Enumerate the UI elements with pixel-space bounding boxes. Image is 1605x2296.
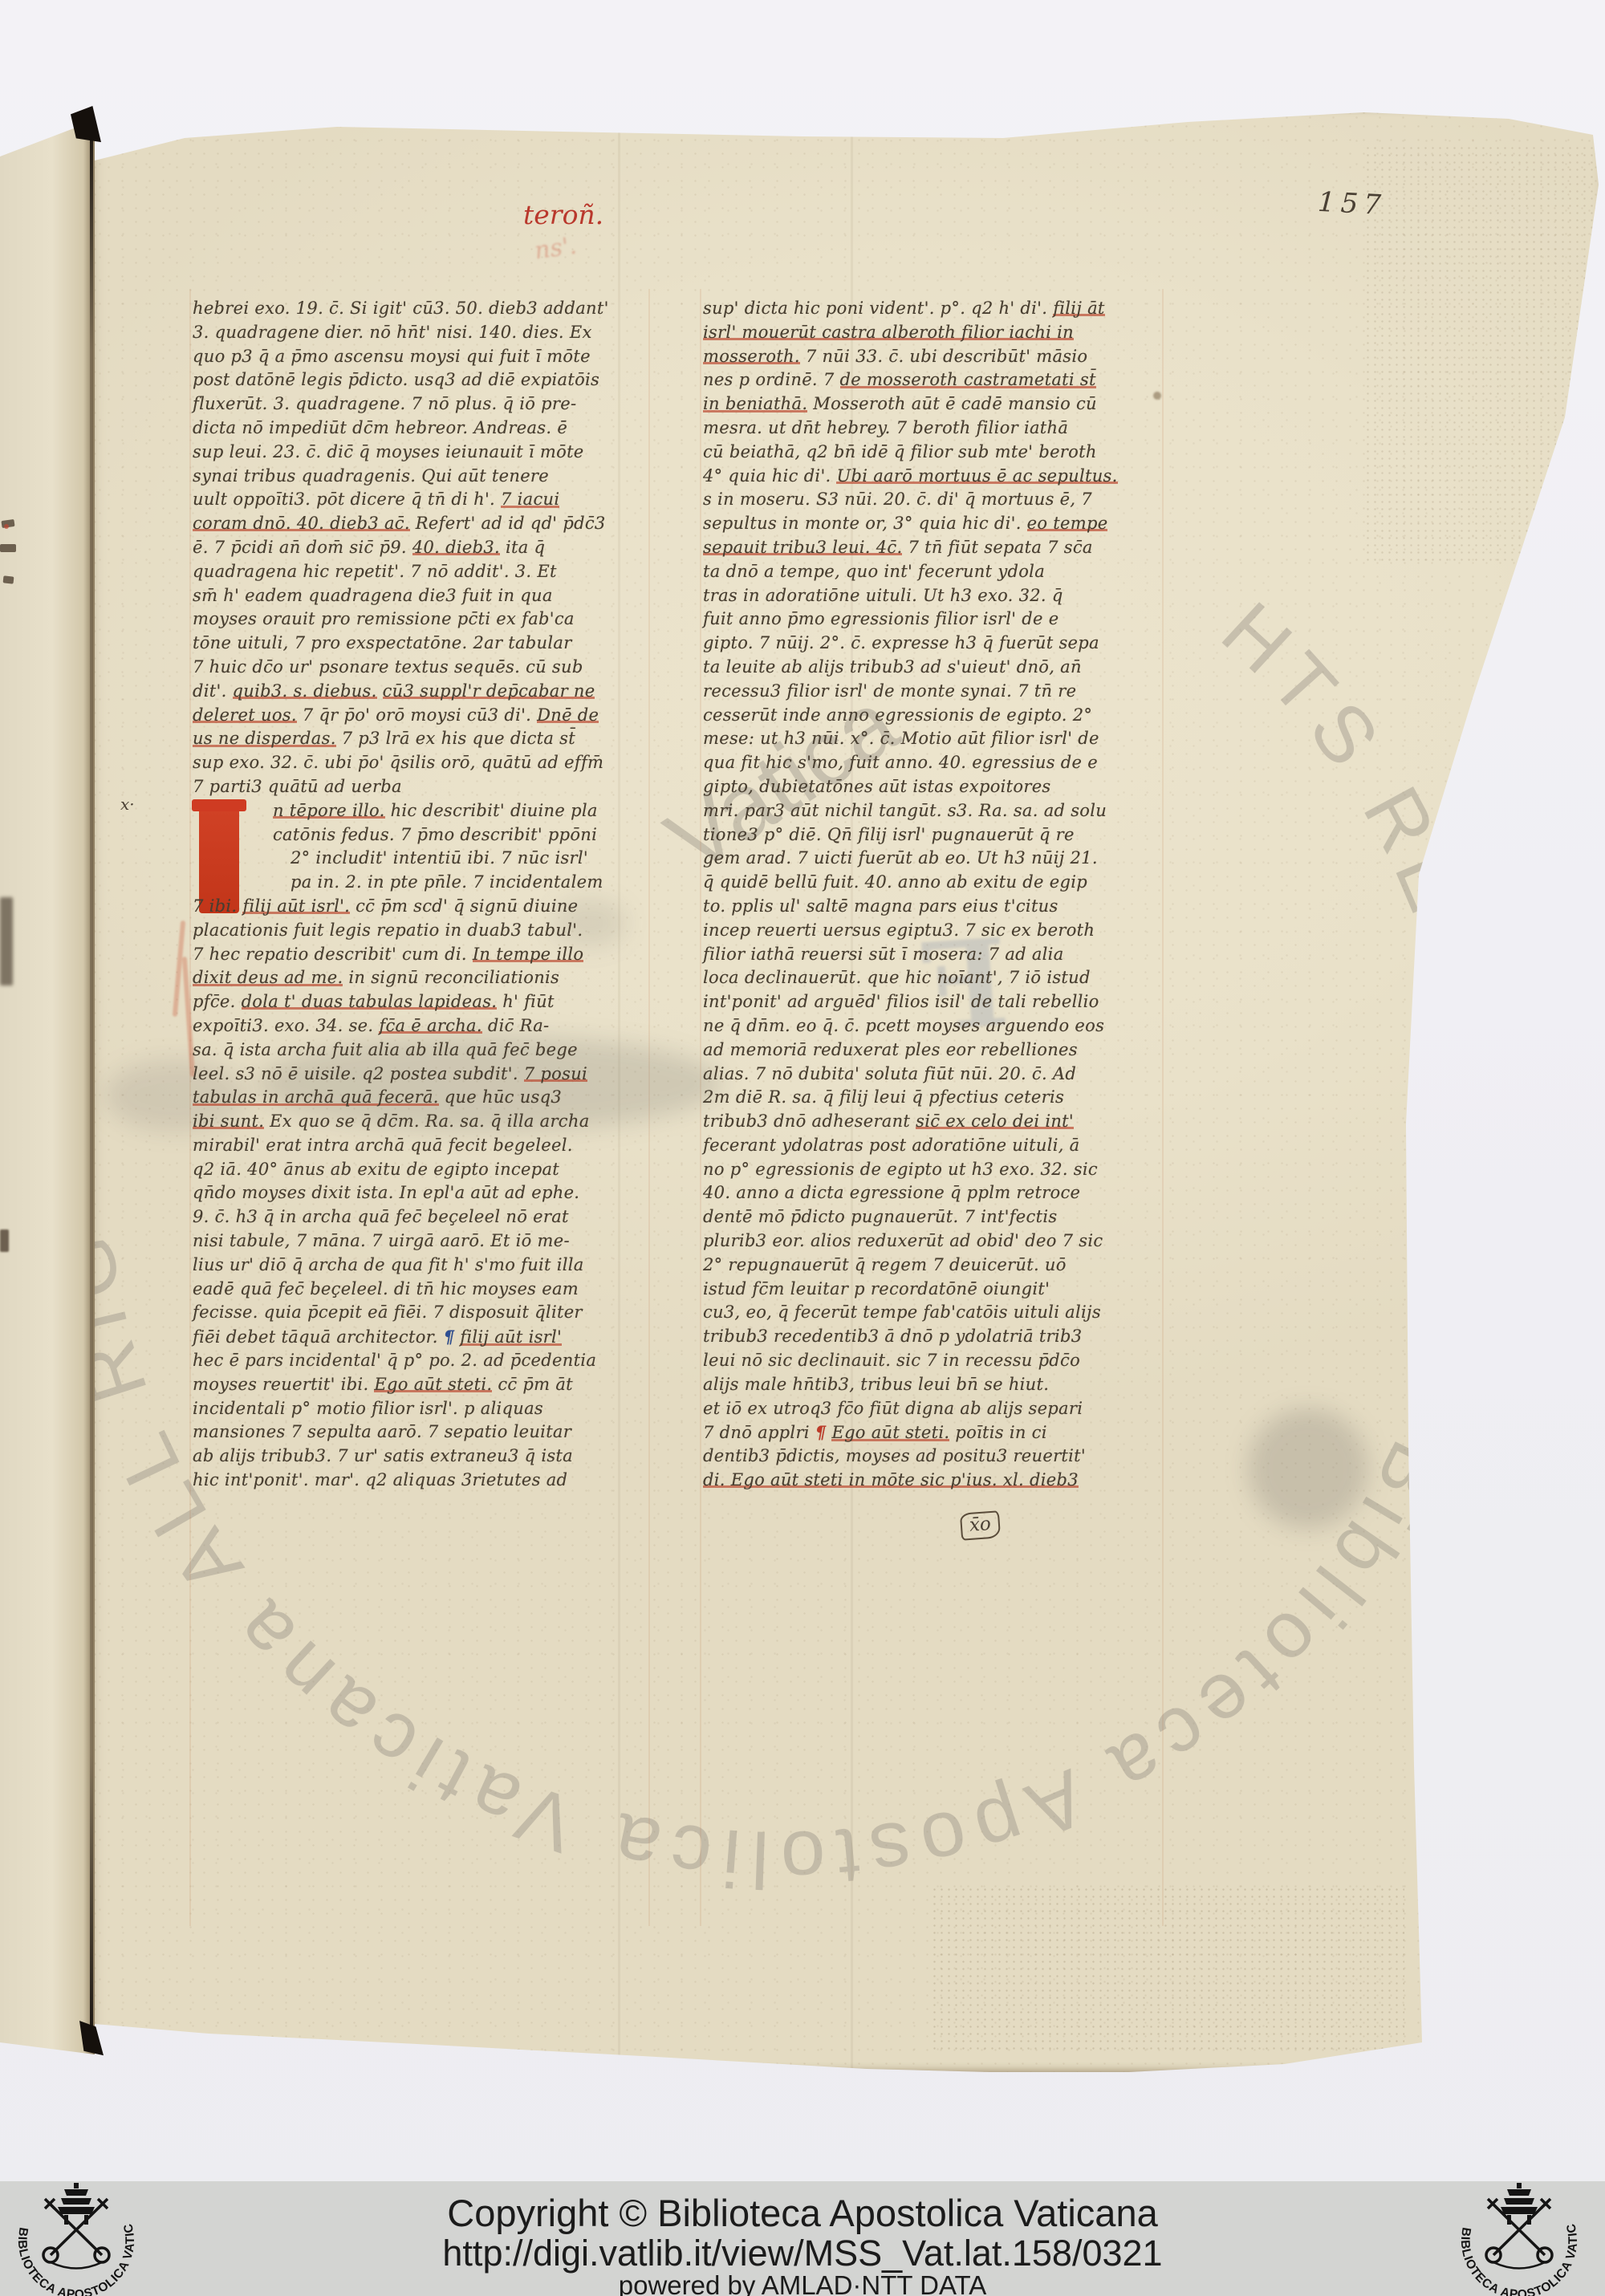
text-segment: catōnis fedus. 7 p̄mo describit' ppōni bbox=[273, 825, 597, 844]
rubricated-phrase: dixit deus ad me. bbox=[193, 968, 343, 987]
text-segment: cc̄ p̄m scd' q̄ signū diuine bbox=[350, 896, 578, 916]
text-line: gem arad. 7 uicti fuerūt ab eo. Ut h3 nū… bbox=[703, 848, 1184, 872]
text-segment: incep reuerti uersus egiptu3. 7 sic ex b… bbox=[703, 920, 1095, 940]
text-segment: s in moseru. S3 nūi. 20. c̄. di' q̄ mort… bbox=[703, 490, 1092, 509]
text-segment: 7 ibi. bbox=[193, 896, 242, 916]
running-title-offset-ghost: ns'. bbox=[533, 232, 579, 266]
text-line: ibi sunt. Ex quo se q̄ dc̄m. Ra. sa. q̄ … bbox=[193, 1111, 674, 1136]
text-line: sup exo. 32. c̄. ubi p̄o' q̄silis orō, q… bbox=[193, 753, 674, 777]
speckle-zone bbox=[931, 1886, 1404, 2054]
text-segment: istud fc̄m leuitar p recordatōnē oiungit… bbox=[703, 1279, 1050, 1298]
manuscript-page: HTS RESERVED © Biblioteca Apostolica Vat… bbox=[88, 106, 1605, 2072]
text-segment: filior iathā reuersi sūt ī mosera: 7 ad … bbox=[703, 945, 1064, 964]
text-line: 2° includit' intentiū ibi. 7 nūc isrl' bbox=[291, 848, 674, 872]
text-line: 4° quia hic di'. Ubi aarō mortuus ē ac s… bbox=[703, 466, 1184, 490]
text-segment: q̄ quidē bellū fuit. 40. anno ab exitu d… bbox=[703, 872, 1087, 892]
text-line: pa in. 2. in pte pn̄le. 7 incidentalem bbox=[291, 872, 674, 896]
text-segment: 7 p3 lrā ex his que dicta st̄ bbox=[336, 729, 575, 748]
text-segment: et iō ex utroq3 fc̄o fiūt digna ab alijs… bbox=[703, 1399, 1083, 1418]
text-segment: 2m diē R. sa. q̄ filij leui q̄ pfectius … bbox=[703, 1087, 1064, 1107]
rubricated-phrase: Dnē de bbox=[537, 705, 599, 725]
text-segment: mirabil' erat intra archā quā fecit bege… bbox=[193, 1136, 573, 1155]
text-line: 2° repugnauerūt q̄ regem 7 deuicerūt. uō bbox=[703, 1255, 1184, 1279]
rubricated-phrase: di. Ego aūt steti in mōte sic p'ius. xl.… bbox=[703, 1470, 1079, 1489]
text-line: 7 parti3 quātū ad uerba bbox=[193, 777, 674, 801]
text-line: 7 dnō applri ¶ Ego aūt steti. poītis in … bbox=[703, 1422, 1184, 1446]
text-line: uult oppoīti3. pōt dicere q̄ tn̄ di h'. … bbox=[193, 490, 674, 514]
text-segment: eadē quā fec̄ beçeleel. di tn̄ hic moyse… bbox=[193, 1279, 579, 1298]
rubricated-phrase: us ne disperdas. bbox=[193, 729, 336, 748]
text-line: dentē mō p̄dicto pugnauerūt. 7 int'fecti… bbox=[703, 1207, 1184, 1231]
text-line: dit'. quib3. s. diebus. cū3 suppl'r dep̄… bbox=[193, 681, 674, 705]
text-line: quadragena hic repetit'. 7 nō addit'. 3.… bbox=[193, 562, 674, 586]
text-segment: pfc̄e. bbox=[193, 992, 242, 1011]
text-line: s in moseru. S3 nūi. 20. c̄. di' q̄ mort… bbox=[703, 490, 1184, 514]
rubricated-phrase: eo tempe bbox=[1027, 514, 1108, 533]
text-line: filior iathā reuersi sūt ī mosera: 7 ad … bbox=[703, 945, 1184, 969]
text-line: ab alijs tribub3. 7 ur' satis extraneu3 … bbox=[193, 1446, 674, 1470]
text-line: in beniathā. Mosseroth aūt ē cadē mansio… bbox=[703, 394, 1184, 418]
text-line: post datōnē legis p̄dicto. usq3 ad diē e… bbox=[193, 370, 674, 394]
text-line: tras in adoratiōne uituli. Ut h3 exo. 32… bbox=[703, 586, 1184, 610]
facing-page-text-glimpse bbox=[4, 524, 9, 529]
text-segment: mri. par3 aūt nichil tangūt. s3. Ra. sa.… bbox=[703, 801, 1107, 820]
text-line: leui nō sic declinauit. sic 7 in recessu… bbox=[703, 1351, 1184, 1375]
text-line: leel. s3 nō ē uisile. q2 postea subdit'.… bbox=[193, 1064, 674, 1088]
text-line: placationis fuit legis repatio in duab3 … bbox=[193, 920, 674, 945]
text-segment: fecisse. quia p̄cepit eā fiēi. 7 disposu… bbox=[193, 1302, 583, 1322]
rubricated-phrase: sepauit tribu3 leui. 4c̄. bbox=[703, 538, 902, 557]
vatican-library-logo-right: BIBLIOTECA APOSTOLICA VATICANA bbox=[1443, 2183, 1595, 2296]
text-line: loca declinauerūt. que hic noīant', 7 iō… bbox=[703, 968, 1184, 992]
text-line: mri. par3 aūt nichil tangūt. s3. Ra. sa.… bbox=[703, 801, 1184, 825]
text-segment: ta dnō a tempe, quo int' fecerunt ydola bbox=[703, 562, 1045, 581]
text-segment: no p° egressionis de egipto ut h3 exo. 3… bbox=[703, 1160, 1098, 1179]
text-line: no p° egressionis de egipto ut h3 exo. 3… bbox=[703, 1160, 1184, 1184]
rubricated-phrase: 7 iacui bbox=[501, 490, 559, 509]
text-segment: leui nō sic declinauit. sic 7 in recessu… bbox=[703, 1351, 1080, 1370]
text-line: sup' dicta hic poni vident'. p°. q2 h' d… bbox=[703, 299, 1184, 323]
text-line: tione3 p° diē. Qn̄ filij isrl' pugnauerū… bbox=[703, 825, 1184, 849]
text-line: cesserūt inde anno egressionis de egipto… bbox=[703, 705, 1184, 729]
text-line: ta dnō a tempe, quo int' fecerunt ydola bbox=[703, 562, 1184, 586]
rubricated-phrase: quib3. s. diebus. bbox=[233, 681, 377, 701]
text-line: cū beiathā, q2 bn̄ idē q̄ filior sub mte… bbox=[703, 442, 1184, 466]
rubricated-phrase: tabulas in archā quā fecerā. bbox=[193, 1087, 439, 1107]
text-line: mansiones 7 sepulta aarō. 7 sepatio leui… bbox=[193, 1422, 674, 1446]
text-line: sepultus in monte or, 3° quia hic di'. e… bbox=[703, 514, 1184, 538]
text-segment: qn̄do moyses dixit ista. In epl'a aūt ad… bbox=[193, 1183, 579, 1202]
rubricated-phrase: de mosseroth castrametati st̄ bbox=[840, 370, 1096, 389]
text-line: fiēi debet tāquā architector. ¶ filij aū… bbox=[193, 1327, 674, 1351]
text-segment: 2° includit' intentiū ibi. 7 nūc isrl' bbox=[291, 848, 588, 868]
text-segment: 7 q̄r p̄o' orō moysi cū3 di'. bbox=[297, 705, 537, 725]
text-line: mirabil' erat intra archā quā fecit bege… bbox=[193, 1136, 674, 1160]
text-line: hec ē pars incidental' q̄ p° po. 2. ad p… bbox=[193, 1351, 674, 1375]
rubricated-phrase: Ego aūt steti. bbox=[374, 1375, 492, 1394]
text-segment: h' fiūt bbox=[497, 992, 555, 1011]
text-segment: dentib3 p̄dictis, moyses ad positu3 reue… bbox=[703, 1446, 1086, 1465]
rubricated-phrase: filij āt bbox=[1053, 299, 1104, 318]
text-line: expoīti3. exo. 34. se. fc̄a ē archa. dic… bbox=[193, 1016, 674, 1040]
text-line: tribub3 dnō adheserant sic̄ ex celo dei … bbox=[703, 1111, 1184, 1136]
text-segment: hic int'ponit'. mar'. q2 aliquas 3rietut… bbox=[193, 1470, 567, 1489]
text-line: coram dnō. 40. dieb3 ac̄. Refert' ad id … bbox=[193, 514, 674, 538]
rubricated-phrase: 7 posui bbox=[524, 1064, 587, 1083]
text-segment: mese: ut h3 nūi. x°. c̄. Motio aūt filio… bbox=[703, 729, 1099, 748]
text-line: di. Ego aūt steti in mōte sic p'ius. xl.… bbox=[703, 1470, 1184, 1494]
text-line: hebrei exo. 19. c̄. Si igit' cū3. 50. di… bbox=[193, 299, 674, 323]
text-segment: gipto. 7 nūij. 2°. c̄. expresse h3 q̄ fu… bbox=[703, 633, 1099, 652]
text-segment: tione3 p° diē. Qn̄ filij isrl' pugnauerū… bbox=[703, 825, 1075, 844]
text-segment: to. pplis ul' saltē magna pars eius t'ci… bbox=[703, 896, 1058, 916]
ruling-line bbox=[700, 289, 701, 1926]
text-line: to. pplis ul' saltē magna pars eius t'ci… bbox=[703, 896, 1184, 920]
text-segment: quadragena hic repetit'. 7 nō addit'. 3.… bbox=[193, 562, 557, 581]
text-column-right: sup' dicta hic poni vident'. p°. q2 h' d… bbox=[703, 299, 1184, 1494]
text-line: fecisse. quia p̄cepit eā fiēi. 7 disposu… bbox=[193, 1302, 674, 1327]
text-line: 7 huic dc̄o ur' psonare textus sequēs. c… bbox=[193, 657, 674, 681]
gutter-line bbox=[90, 120, 93, 2042]
text-line: hic int'ponit'. mar'. q2 aliquas 3rietut… bbox=[193, 1470, 674, 1494]
text-segment: ē. 7 p̄cidi an̄ dom̄ sic̄ p̄9. bbox=[193, 538, 412, 557]
text-segment: moyses reuertit' ibi. bbox=[193, 1375, 374, 1394]
stain bbox=[1248, 1408, 1368, 1529]
text-line: pfc̄e. dola t' duas tabulas lapideas. h'… bbox=[193, 992, 674, 1016]
text-line: 7 hec repatio describit' cum di. In temp… bbox=[193, 945, 674, 969]
facing-page-text-glimpse bbox=[0, 1229, 9, 1252]
text-segment: tribub3 dnō adheserant bbox=[703, 1111, 916, 1131]
rubricated-phrase: cū3 suppl'r dep̄cabar ne bbox=[383, 681, 595, 701]
text-line: alias. 7 nō dubita' soluta fiūt nūi. 20.… bbox=[703, 1064, 1184, 1088]
text-segment: uult oppoīti3. pōt dicere q̄ tn̄ di h'. bbox=[193, 490, 501, 509]
text-segment: in signū reconciliationis bbox=[343, 968, 559, 987]
rubricated-phrase: Ubi aarō mortuus ē ac sepultus. bbox=[836, 466, 1117, 486]
text-line: qua fit hic s'mo, fuit anno. 40. egressi… bbox=[703, 753, 1184, 777]
text-segment: loca declinauerūt. que hic noīant', 7 iō… bbox=[703, 968, 1091, 987]
rubricated-phrase: fc̄a ē archa. bbox=[379, 1016, 481, 1035]
text-segment: 4° quia hic di'. bbox=[703, 466, 836, 486]
footer-url: http://digi.vatlib.it/view/MSS_Vat.lat.1… bbox=[0, 2233, 1605, 2274]
text-segment: hebrei exo. 19. c̄. Si igit' cū3. 50. di… bbox=[193, 299, 609, 318]
margin-note: x· bbox=[120, 794, 135, 814]
text-segment: sepultus in monte or, 3° quia hic di'. bbox=[703, 514, 1027, 533]
text-segment: dit'. bbox=[193, 681, 233, 701]
text-line: us ne disperdas. 7 p3 lrā ex his que dic… bbox=[193, 729, 674, 753]
text-line: dicta nō impediūt dc̄m hebreor. Andreas.… bbox=[193, 418, 674, 442]
text-segment: gipto, dubietatōnes aūt istas expoitores bbox=[703, 777, 1051, 796]
text-line: 3. quadragene dier. nō hn̄t' nisi. 140. … bbox=[193, 323, 674, 347]
text-segment: quo p3 q̄ a p̄mo ascensu moysi qui fuit … bbox=[193, 347, 591, 366]
footer-powered-by: powered by AMLAD·NTT DATA bbox=[0, 2270, 1605, 2296]
text-line: et iō ex utroq3 fc̄o fiūt digna ab alijs… bbox=[703, 1399, 1184, 1423]
facing-page-text-glimpse bbox=[3, 575, 14, 583]
facing-page-edge bbox=[0, 112, 95, 2056]
text-line: fecerant ydolatras post adoratiōne uitul… bbox=[703, 1136, 1184, 1160]
text-line: catōnis fedus. 7 p̄mo describit' ppōni bbox=[273, 825, 674, 849]
speckle-zone bbox=[1364, 144, 1597, 562]
text-line: q2 iā. 40° ānus ab exitu de egipto incep… bbox=[193, 1160, 674, 1184]
text-segment: alijs male hn̄tib3, tribus leui bn̄ se h… bbox=[703, 1375, 1049, 1394]
text-line: mese: ut h3 nūi. x°. c̄. Motio aūt filio… bbox=[703, 729, 1184, 753]
text-line: quo p3 q̄ a p̄mo ascensu moysi qui fuit … bbox=[193, 347, 674, 371]
text-segment: 7 dnō applri bbox=[703, 1423, 815, 1442]
text-line: alijs male hn̄tib3, tribus leui bn̄ se h… bbox=[703, 1375, 1184, 1399]
text-line: plurib3 eor. alios reduxerūt ad obid' de… bbox=[703, 1231, 1184, 1255]
text-segment: 7 tn̄ fiūt sepata 7 sc̄a bbox=[902, 538, 1092, 557]
text-segment: dic̄ Ra- bbox=[482, 1016, 550, 1035]
text-segment: ad memoriā reduxerat ples eor rebellione… bbox=[703, 1040, 1078, 1059]
facing-page-text-glimpse bbox=[0, 544, 16, 552]
text-line: mesra. ut dn̄t hebrey. 7 beroth filior i… bbox=[703, 418, 1184, 442]
text-line: lius ur' diō q̄ archa de qua fit h' s'mo… bbox=[193, 1255, 674, 1279]
text-segment: fiēi debet tāquā architector. bbox=[193, 1327, 444, 1347]
text-line: cu3, eo, q̄ fecerūt tempe fab'catōis uit… bbox=[703, 1302, 1184, 1327]
text-line: 2m diē R. sa. q̄ filij leui q̄ pfectius … bbox=[703, 1087, 1184, 1111]
text-line: qn̄do moyses dixit ista. In epl'a aūt ad… bbox=[193, 1183, 674, 1207]
catchword: x̄o bbox=[960, 1510, 1001, 1540]
text-segment: 2° repugnauerūt q̄ regem 7 deuicerūt. uō bbox=[703, 1255, 1067, 1274]
text-segment: fuit anno p̄mo egressionis filior isrl' … bbox=[703, 609, 1058, 628]
text-line: nisi tabule, 7 māna. 7 uirgā aarō. Et iō… bbox=[193, 1231, 674, 1255]
text-segment: ne q̄ dn̄m. eo q̄. c̄. pcett moyses argu… bbox=[703, 1016, 1104, 1035]
text-segment: cu3, eo, q̄ fecerūt tempe fab'catōis uit… bbox=[703, 1302, 1101, 1322]
rubricated-phrase: filij aūt isrl' bbox=[460, 1327, 562, 1347]
text-segment: que hūc usq3 bbox=[439, 1087, 562, 1107]
text-segment: hec ē pars incidental' q̄ p° po. 2. ad p… bbox=[193, 1351, 596, 1370]
text-line: sa. q̄ ista archa fuit alia ab illa quā … bbox=[193, 1040, 674, 1064]
text-segment: nes p ordinē. 7 bbox=[703, 370, 840, 389]
text-segment: recessu3 filior isrl' de monte synai. 7 … bbox=[703, 681, 1076, 701]
text-line: ē. 7 p̄cidi an̄ dom̄ sic̄ p̄9. 40. dieb3… bbox=[193, 538, 674, 562]
text-line: sm̄ h' eadem quadragena die3 fuit in qua bbox=[193, 586, 674, 610]
text-segment: qua fit hic s'mo, fuit anno. 40. egressi… bbox=[703, 753, 1098, 772]
text-line: 7 ibi. filij aūt isrl'. cc̄ p̄m scd' q̄ … bbox=[193, 896, 674, 920]
text-line: incep reuerti uersus egiptu3. 7 sic ex b… bbox=[703, 920, 1184, 945]
rubricated-phrase: Ego aūt steti. bbox=[831, 1423, 949, 1442]
text-line: incidentali p° motio filior isrl'. p ali… bbox=[193, 1399, 674, 1423]
text-line: int'ponit' ad arguēd' filios isil' de ta… bbox=[703, 992, 1184, 1016]
text-segment: poītis in ci bbox=[949, 1423, 1046, 1442]
text-line: ad memoriā reduxerat ples eor rebellione… bbox=[703, 1040, 1184, 1064]
text-segment: cū beiathā, q2 bn̄ idē q̄ filior sub mte… bbox=[703, 442, 1097, 461]
rubricated-phrase: dola t' duas tabulas lapideas. bbox=[242, 992, 498, 1011]
text-segment: plurib3 eor. alios reduxerūt ad obid' de… bbox=[703, 1231, 1103, 1250]
text-line: recessu3 filior isrl' de monte synai. 7 … bbox=[703, 681, 1184, 705]
vatican-library-logo-left: BIBLIOTECA APOSTOLICA VATICANA bbox=[0, 2183, 152, 2296]
footer-copyright: Copyright © Biblioteca Apostolica Vatica… bbox=[0, 2191, 1605, 2235]
text-line: moyses orauit pro remissione pc̄ti ex fa… bbox=[193, 609, 674, 633]
text-segment: 40. anno a dicta egressione q̄ pplm retr… bbox=[703, 1183, 1080, 1202]
text-line: moyses reuertit' ibi. Ego aūt steti. cc̄… bbox=[193, 1375, 674, 1399]
running-title: teroñ. bbox=[523, 199, 603, 230]
text-segment: lius ur' diō q̄ archa de qua fit h' s'mo… bbox=[193, 1255, 584, 1274]
text-segment: tras in adoratiōne uituli. Ut h3 exo. 32… bbox=[703, 586, 1063, 605]
text-segment: tribub3 recedentib3 ā dnō p ydolatriā tr… bbox=[703, 1327, 1082, 1346]
text-segment: ab alijs tribub3. 7 ur' satis extraneu3 … bbox=[193, 1446, 573, 1465]
rubricated-phrase: In tempe illo bbox=[473, 945, 584, 964]
text-segment: placationis fuit legis repatio in duab3 … bbox=[193, 920, 583, 940]
text-segment: 7 nūi 33. c̄. ubi describūt' māsio bbox=[800, 347, 1087, 366]
text-line: 9. c̄. h3 q̄ in archa quā fec̄ beçeleel … bbox=[193, 1207, 674, 1231]
text-segment: sm̄ h' eadem quadragena die3 fuit in qua bbox=[193, 586, 553, 605]
text-segment: ita q̄ bbox=[500, 538, 545, 557]
text-segment: hic describit' diuine pla bbox=[385, 801, 598, 820]
facing-page-text-glimpse bbox=[0, 897, 13, 985]
text-segment bbox=[377, 681, 383, 701]
text-segment: alias. 7 nō dubita' soluta fiūt nūi. 20.… bbox=[703, 1064, 1076, 1083]
text-segment: pa in. 2. in pte pn̄le. 7 incidentalem bbox=[291, 872, 603, 892]
text-segment: ¶ bbox=[815, 1422, 827, 1442]
text-line: sup leui. 23. c̄. dic̄ q̄ moyses ieiunau… bbox=[193, 442, 674, 466]
rubricated-phrase: filij aūt isrl'. bbox=[242, 896, 350, 916]
text-line: tribub3 recedentib3 ā dnō p ydolatriā tr… bbox=[703, 1327, 1184, 1351]
text-column-left: hebrei exo. 19. c̄. Si igit' cū3. 50. di… bbox=[193, 299, 674, 1494]
text-line: tōne uituli, 7 pro exspectatōne. 2ar tab… bbox=[193, 633, 674, 657]
text-segment: mesra. ut dn̄t hebrey. 7 beroth filior i… bbox=[703, 418, 1068, 437]
text-segment: post datōnē legis p̄dicto. usq3 ad diē e… bbox=[193, 370, 599, 389]
rubricated-phrase: deleret uos. bbox=[193, 705, 297, 725]
text-segment: int'ponit' ad arguēd' filios isil' de ta… bbox=[703, 992, 1099, 1011]
text-segment: gem arad. 7 uicti fuerūt ab eo. Ut h3 nū… bbox=[703, 848, 1098, 868]
text-segment: synai tribus quadragenis. Qui aūt tenere bbox=[193, 466, 549, 486]
scan-stage: HTS RESERVED © Biblioteca Apostolica Vat… bbox=[0, 0, 1605, 2296]
text-segment: Ex quo se q̄ dc̄m. Ra. sa. q̄ illa archa bbox=[264, 1111, 589, 1131]
text-segment: 7 huic dc̄o ur' psonare textus sequēs. c… bbox=[193, 657, 583, 677]
text-line: dentib3 p̄dictis, moyses ad positu3 reue… bbox=[703, 1446, 1184, 1470]
text-line: dixit deus ad me. in signū reconciliatio… bbox=[193, 968, 674, 992]
text-line: tabulas in archā quā fecerā. que hūc usq… bbox=[193, 1087, 674, 1111]
text-segment: dentē mō p̄dicto pugnauerūt. 7 int'fecti… bbox=[703, 1207, 1057, 1226]
text-segment: Refert' ad id qd' p̄dc̄3 bbox=[410, 514, 606, 533]
text-segment: 7 parti3 quātū ad uerba bbox=[193, 777, 402, 796]
text-segment: 3. quadragene dier. nō hn̄t' nisi. 140. … bbox=[193, 323, 592, 342]
text-line: gipto. 7 nūij. 2°. c̄. expresse h3 q̄ fu… bbox=[703, 633, 1184, 657]
text-segment: fluxerūt. 3. quadragene. 7 nō plus. q̄ i… bbox=[193, 394, 576, 413]
text-line: gipto, dubietatōnes aūt istas expoitores bbox=[703, 777, 1184, 801]
text-segment: 9. c̄. h3 q̄ in archa quā fec̄ beçeleel … bbox=[193, 1207, 569, 1226]
text-line: synai tribus quadragenis. Qui aūt tenere bbox=[193, 466, 674, 490]
text-line: eadē quā fec̄ beçeleel. di tn̄ hic moyse… bbox=[193, 1279, 674, 1303]
text-segment: Mosseroth aūt ē cadē mansio cū bbox=[807, 394, 1097, 413]
text-segment: expoīti3. exo. 34. se. bbox=[193, 1016, 379, 1035]
text-segment: ta leuite ab alijs tribub3 ad s'uieut' d… bbox=[703, 657, 1082, 677]
text-segment: moyses orauit pro remissione pc̄ti ex fa… bbox=[193, 609, 575, 628]
text-line: sepauit tribu3 leui. 4c̄. 7 tn̄ fiūt sep… bbox=[703, 538, 1184, 562]
rubricated-phrase: n tēpore illo. bbox=[273, 801, 385, 820]
text-line: n tēpore illo. hic describit' diuine pla bbox=[273, 801, 674, 825]
text-segment: ¶ bbox=[444, 1327, 455, 1347]
text-line: q̄ quidē bellū fuit. 40. anno ab exitu d… bbox=[703, 872, 1184, 896]
text-segment: sup leui. 23. c̄. dic̄ q̄ moyses ieiunau… bbox=[193, 442, 584, 461]
text-line: deleret uos. 7 q̄r p̄o' orō moysi cū3 di… bbox=[193, 705, 674, 729]
folio-number: 157 bbox=[1317, 186, 1388, 221]
rubricated-phrase: isrl' mouerūt castra alberoth filior iac… bbox=[703, 323, 1074, 342]
rubricated-phrase: coram dnō. 40. dieb3 ac̄. bbox=[193, 514, 410, 533]
text-line: ne q̄ dn̄m. eo q̄. c̄. pcett moyses argu… bbox=[703, 1016, 1184, 1040]
text-line: 40. anno a dicta egressione q̄ pplm retr… bbox=[703, 1183, 1184, 1207]
text-segment: tōne uituli, 7 pro exspectatōne. 2ar tab… bbox=[193, 633, 572, 652]
text-segment: cc̄ p̄m āt bbox=[492, 1375, 573, 1394]
text-line: fuit anno p̄mo egressionis filior isrl' … bbox=[703, 609, 1184, 633]
text-line: ta leuite ab alijs tribub3 ad s'uieut' d… bbox=[703, 657, 1184, 681]
text-segment: sup exo. 32. c̄. ubi p̄o' q̄silis orō, q… bbox=[193, 753, 603, 772]
text-segment: q2 iā. 40° ānus ab exitu de egipto incep… bbox=[193, 1160, 559, 1179]
text-line: isrl' mouerūt castra alberoth filior iac… bbox=[703, 323, 1184, 347]
rubricated-phrase: mosseroth. bbox=[703, 347, 800, 366]
text-line: istud fc̄m leuitar p recordatōnē oiungit… bbox=[703, 1279, 1184, 1303]
text-segment: dicta nō impediūt dc̄m hebreor. Andreas.… bbox=[193, 418, 567, 437]
text-segment: fecerant ydolatras post adoratiōne uitul… bbox=[703, 1136, 1080, 1155]
text-line: fluxerūt. 3. quadragene. 7 nō plus. q̄ i… bbox=[193, 394, 674, 418]
text-segment: sup' dicta hic poni vident'. p°. q2 h' d… bbox=[703, 299, 1053, 318]
text-segment: sa. q̄ ista archa fuit alia ab illa quā … bbox=[193, 1040, 578, 1059]
text-segment: nisi tabule, 7 māna. 7 uirgā aarō. Et iō… bbox=[193, 1231, 570, 1250]
rubricated-phrase: sic̄ ex celo dei int' bbox=[916, 1111, 1074, 1131]
text-segment: leel. s3 nō ē uisile. q2 postea subdit'. bbox=[193, 1064, 524, 1083]
text-segment: mansiones 7 sepulta aarō. 7 sepatio leui… bbox=[193, 1422, 571, 1441]
text-segment: cesserūt inde anno egressionis de egipto… bbox=[703, 705, 1092, 725]
rubricated-phrase: in beniathā. bbox=[703, 394, 807, 413]
rubricated-phrase: ibi sunt. bbox=[193, 1111, 264, 1131]
rubricated-phrase: 40. dieb3. bbox=[412, 538, 500, 557]
text-line: mosseroth. 7 nūi 33. c̄. ubi describūt' … bbox=[703, 347, 1184, 371]
text-segment: 7 hec repatio describit' cum di. bbox=[193, 945, 473, 964]
text-line: nes p ordinē. 7 de mosseroth castrametat… bbox=[703, 370, 1184, 394]
text-segment: incidentali p° motio filior isrl'. p ali… bbox=[193, 1399, 543, 1418]
